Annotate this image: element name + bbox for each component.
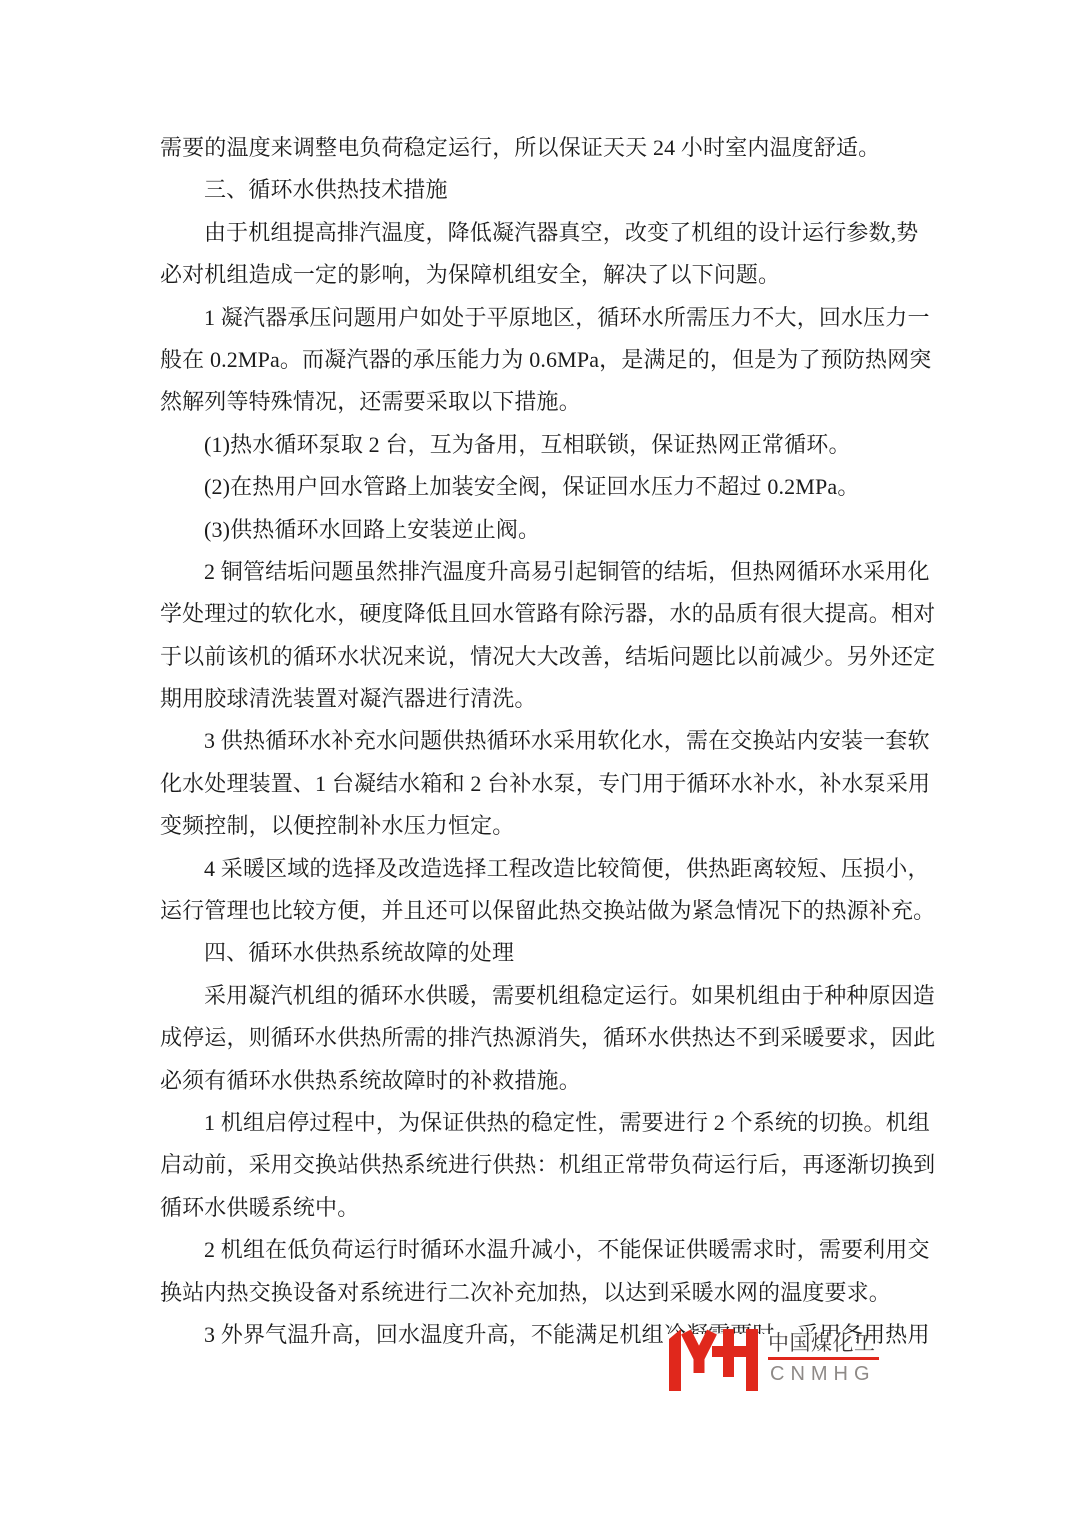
- cnmhg-monogram-icon: [667, 1325, 762, 1391]
- text-line: 于以前该机的循环水状况来说，情况大大改善，结垢问题比以前减少。另外还定: [160, 636, 912, 678]
- text-line: 期用胶球清洗装置对凝汽器进行清洗。: [160, 678, 912, 720]
- text-line: 变频控制，以便控制补水压力恒定。: [160, 805, 912, 847]
- text-line: 三、循环水供热技术措施: [160, 169, 912, 211]
- text-line: 必须有循环水供热系统故障时的补救措施。: [160, 1060, 912, 1102]
- text-line: 1 机组启停过程中，为保证供热的稳定性，需要进行 2 个系统的切换。机组: [160, 1102, 912, 1144]
- watermark-brand-abbr: CNMHG: [770, 1362, 876, 1386]
- watermark-underline: [768, 1357, 879, 1360]
- text-line: (1)热水循环泵取 2 台，互为备用，互相联锁，保证热网正常循环。: [160, 424, 912, 466]
- document-page: 需要的温度来调整电负荷稳定运行，所以保证天天 24 小时室内温度舒适。三、循环水…: [0, 0, 1072, 1516]
- text-line: 换站内热交换设备对系统进行二次补充加热，以达到采暖水网的温度要求。: [160, 1272, 912, 1314]
- text-line: 启动前，采用交换站供热系统进行供热：机组正常带负荷运行后，再逐渐切换到: [160, 1144, 912, 1186]
- watermark-brand-name: 中国煤化工: [768, 1332, 876, 1356]
- text-line: 2 机组在低负荷运行时循环水温升减小，不能保证供暖需求时，需要利用交: [160, 1229, 912, 1271]
- text-line: 2 铜管结垢问题虽然排汽温度升高易引起铜管的结垢，但热网循环水采用化: [160, 551, 912, 593]
- text-line: 运行管理也比较方便，并且还可以保留此热交换站做为紧急情况下的热源补充。: [160, 890, 912, 932]
- text-line: 4 采暖区域的选择及改造选择工程改造比较简便，供热距离较短、压损小，: [160, 848, 912, 890]
- text-line: 3 供热循环水补充水问题供热循环水采用软化水，需在交换站内安装一套软: [160, 720, 912, 762]
- text-line: 学处理过的软化水，硬度降低且回水管路有除污器，水的品质有很大提高。相对: [160, 593, 912, 635]
- cnmhg-watermark: 中国煤化工 CNMHG: [664, 1318, 916, 1404]
- text-line: 由于机组提高排汽温度，降低凝汽器真空，改变了机组的设计运行参数,势: [160, 212, 912, 254]
- text-line: 必对机组造成一定的影响，为保障机组安全，解决了以下问题。: [160, 254, 912, 296]
- text-line: 采用凝汽机组的循环水供暖，需要机组稳定运行。如果机组由于种种原因造: [160, 975, 912, 1017]
- text-line: 然解列等特殊情况，还需要采取以下措施。: [160, 381, 912, 423]
- text-line: 需要的温度来调整电负荷稳定运行，所以保证天天 24 小时室内温度舒适。: [160, 127, 912, 169]
- document-body: 需要的温度来调整电负荷稳定运行，所以保证天天 24 小时室内温度舒适。三、循环水…: [160, 127, 912, 1356]
- text-line: (3)供热循环水回路上安装逆止阀。: [160, 509, 912, 551]
- text-line: (2)在热用户回水管路上加装安全阀，保证回水压力不超过 0.2MPa。: [160, 466, 912, 508]
- text-line: 四、循环水供热系统故障的处理: [160, 932, 912, 974]
- text-line: 成停运，则循环水供热所需的排汽热源消失，循环水供热达不到采暖要求，因此: [160, 1017, 912, 1059]
- text-line: 循环水供暖系统中。: [160, 1187, 912, 1229]
- text-line: 般在 0.2MPa。而凝汽器的承压能力为 0.6MPa，是满足的，但是为了预防热…: [160, 339, 912, 381]
- text-line: 化水处理装置、1 台凝结水箱和 2 台补水泵，专门用于循环水补水，补水泵采用: [160, 763, 912, 805]
- text-line: 1 凝汽器承压问题用户如处于平原地区，循环水所需压力不大，回水压力一: [160, 297, 912, 339]
